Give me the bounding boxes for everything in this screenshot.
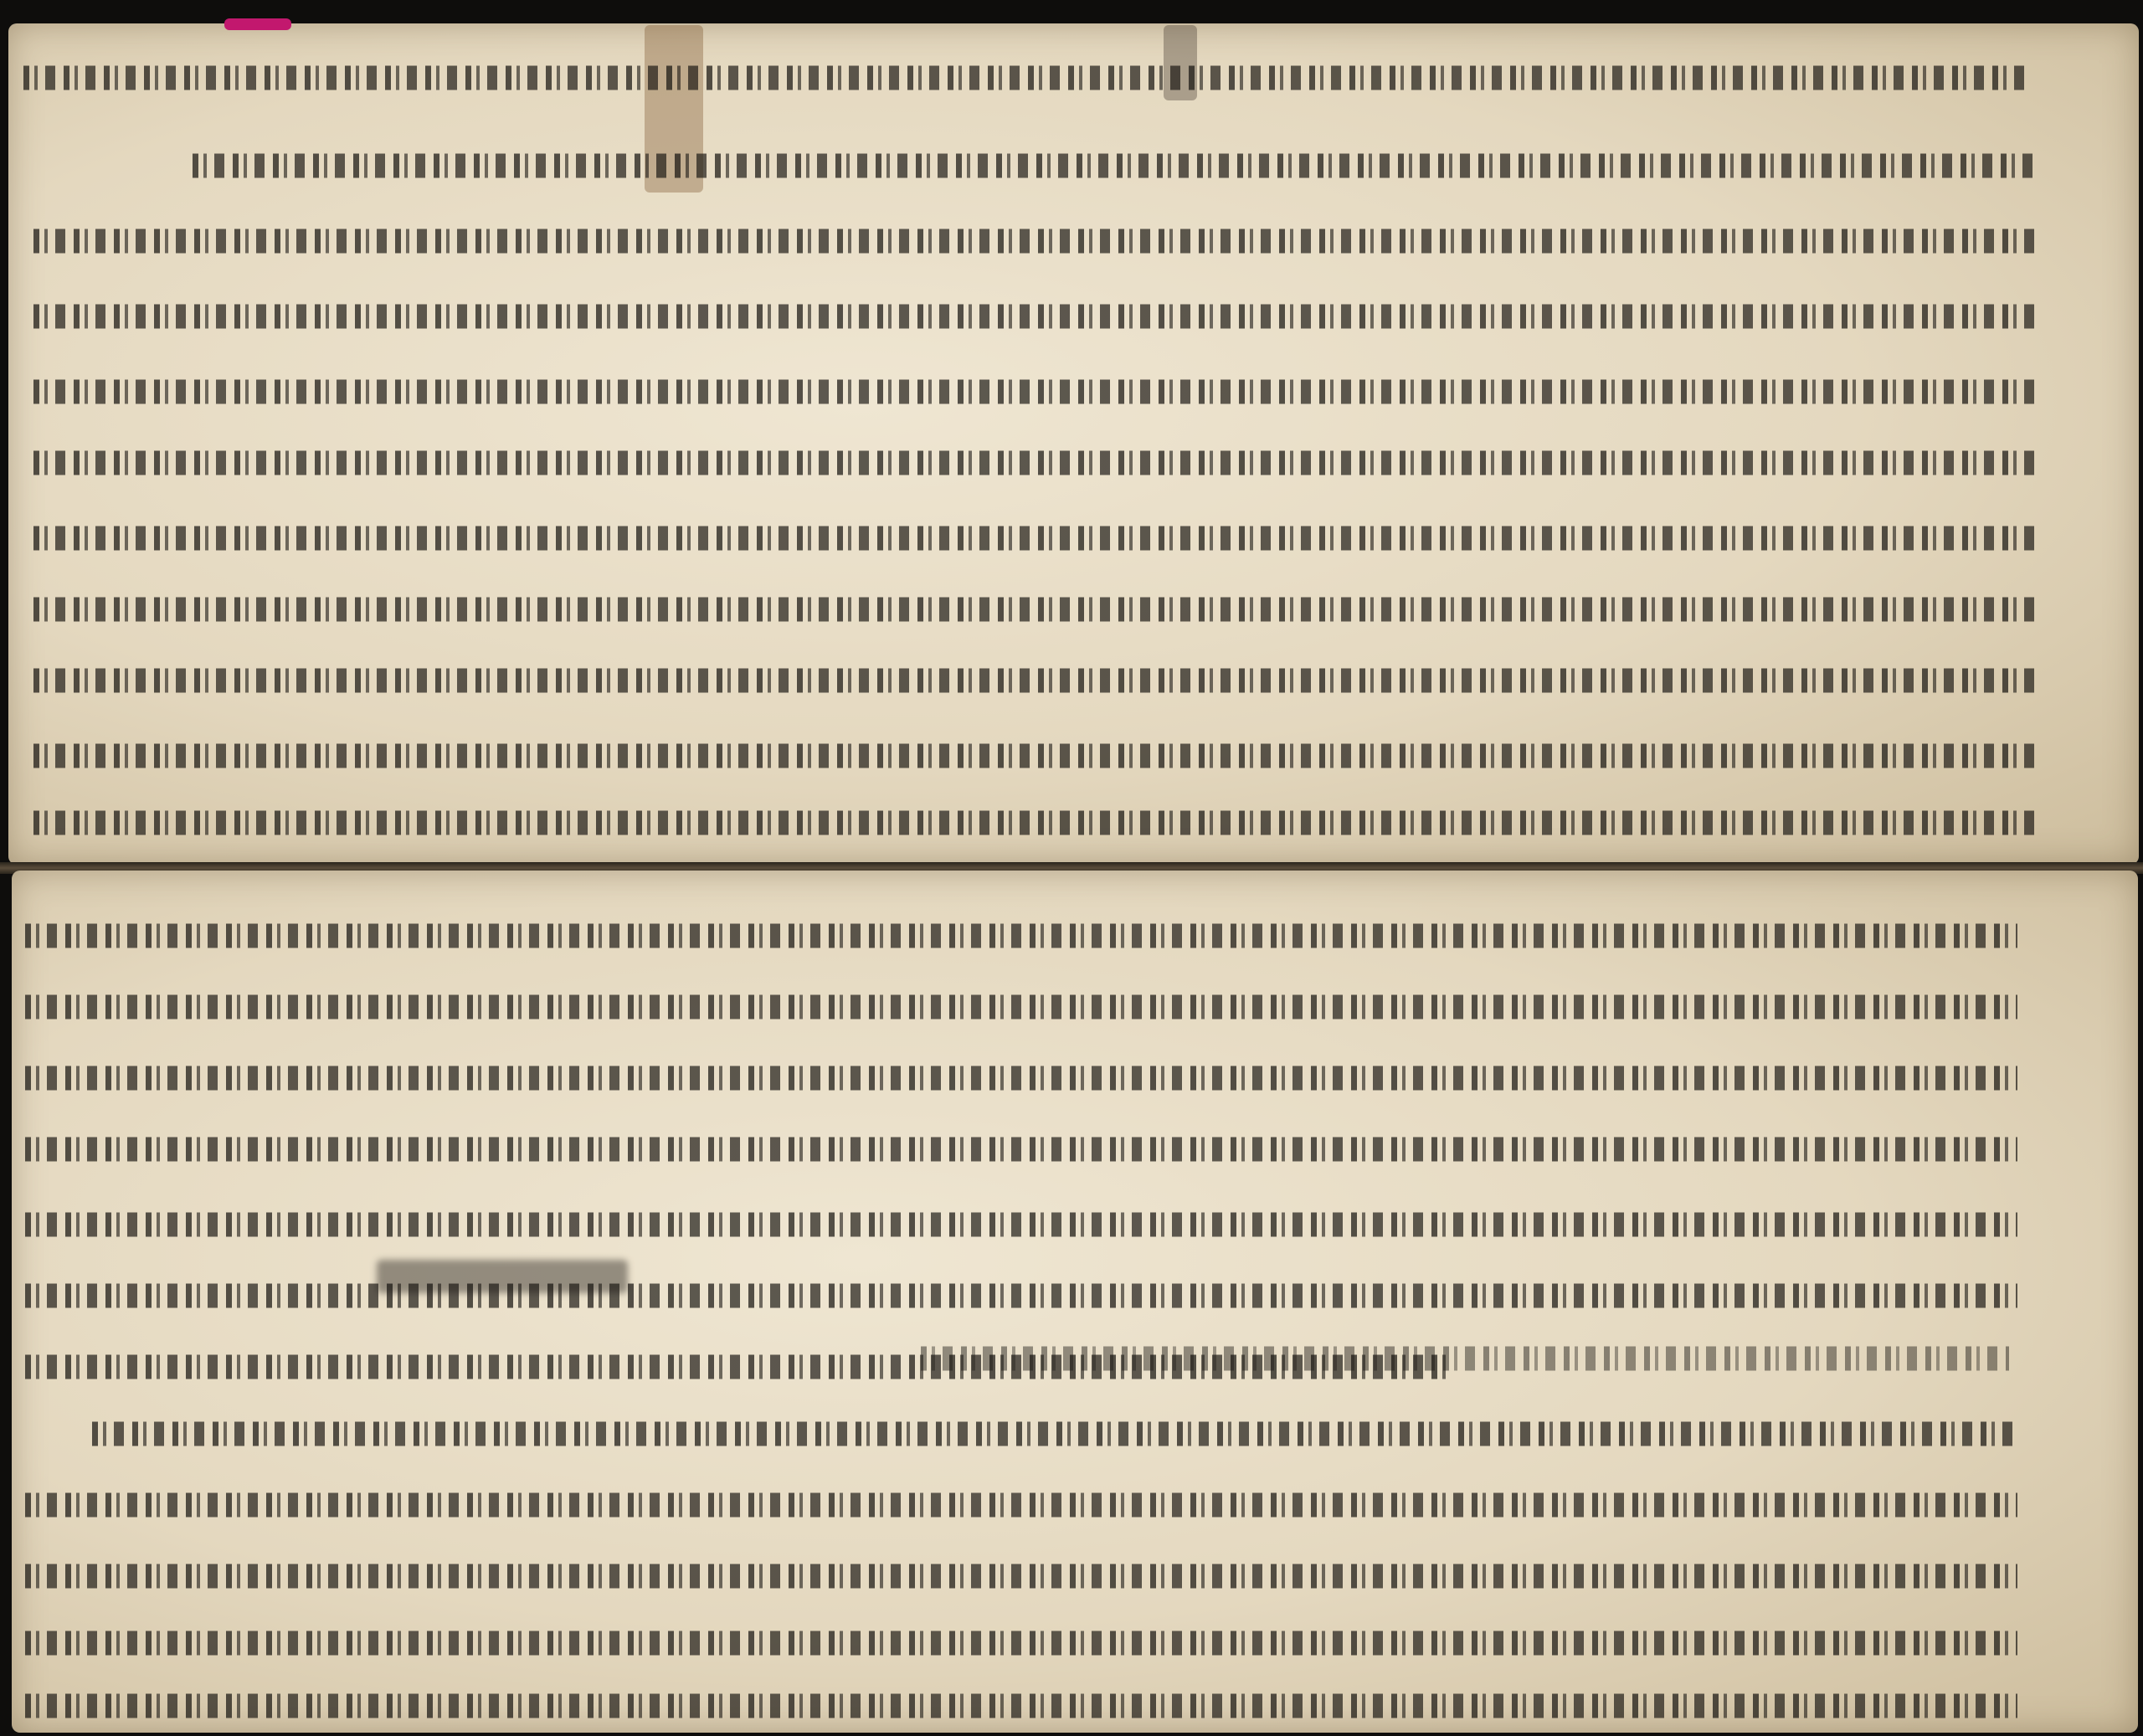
bottom-leaf-line-3 bbox=[25, 1059, 2017, 1097]
top-leaf-line-7 bbox=[33, 519, 2034, 557]
top-leaf-line-11 bbox=[33, 804, 2034, 842]
bottom-leaf-line-5 bbox=[25, 1205, 2017, 1244]
bottom-leaf-line-1 bbox=[25, 917, 2017, 955]
top-leaf-line-1 bbox=[23, 59, 2033, 97]
bottom-leaf-line-12 bbox=[25, 1624, 2017, 1662]
bottom-leaf-line-11 bbox=[25, 1557, 2017, 1595]
top-leaf-line-5 bbox=[33, 372, 2034, 411]
bottom-leaf-line-4 bbox=[25, 1130, 2017, 1168]
bottom-leaf-line-13 bbox=[25, 1687, 2017, 1725]
magenta-ink-mark bbox=[224, 18, 291, 30]
top-leaf-line-2 bbox=[193, 146, 2034, 185]
bottom-leaf-line-2 bbox=[25, 988, 2017, 1026]
bottom-leaf-line-6 bbox=[25, 1276, 2017, 1315]
top-leaf-line-3 bbox=[33, 222, 2034, 260]
top-leaf-line-10 bbox=[33, 737, 2034, 775]
bottom-leaf-line-9 bbox=[92, 1415, 2017, 1453]
top-leaf-line-9 bbox=[33, 661, 2034, 700]
top-leaf-line-6 bbox=[33, 444, 2034, 482]
top-leaf-line-8 bbox=[33, 590, 2034, 629]
top-leaf-line-4 bbox=[33, 297, 2034, 336]
bottom-leaf-line-8 bbox=[921, 1339, 2009, 1378]
bottom-leaf-line-10 bbox=[25, 1486, 2017, 1524]
